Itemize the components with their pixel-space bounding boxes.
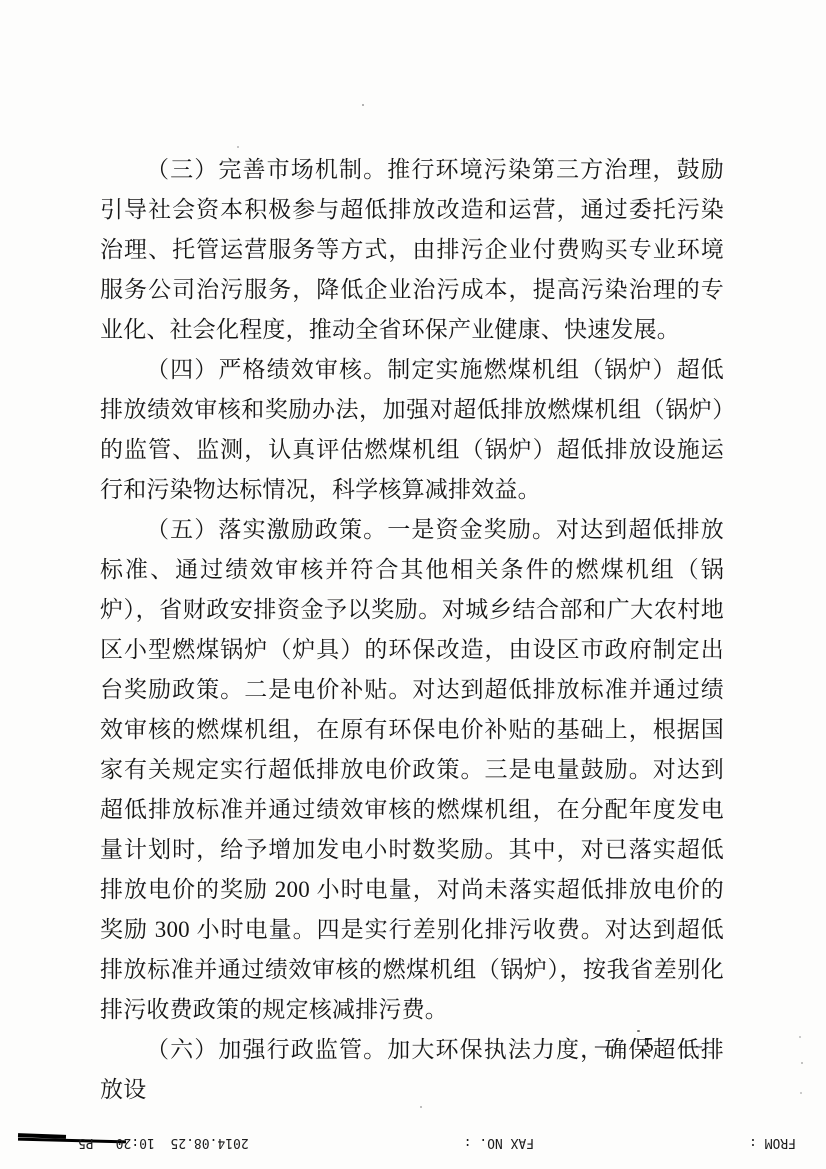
fax-page-code: P5: [78, 1136, 94, 1151]
document-body: （三）完善市场机制。推行环境污染第三方治理，鼓励引导社会资本积极参与超低排放改造…: [100, 150, 724, 1110]
fax-timestamp: 2014.08.25 10:20: [116, 1136, 249, 1151]
scan-speck: [637, 1030, 640, 1032]
scan-speck: [799, 1036, 801, 1038]
scan-speck: [800, 1092, 802, 1094]
scan-speck: [362, 104, 364, 106]
paragraph-section-3: （三）完善市场机制。推行环境污染第三方治理，鼓励引导社会资本积极参与超低排放改造…: [100, 150, 724, 350]
paragraph-section-5: （五）落实激励政策。一是资金奖励。对达到超低排放标准、通过绩效审核并符合其他相关…: [100, 510, 724, 1030]
scan-speck: [801, 1062, 803, 1064]
fax-number-label: FAX NO. :: [464, 1136, 534, 1151]
fax-header-upside-down: FROM : FAX NO. : 2014.08.25 10:20 P5: [0, 1130, 826, 1156]
scan-speck: [237, 146, 239, 148]
paragraph-section-4: （四）严格绩效审核。制定实施燃煤机组（锅炉）超低排放绩效审核和奖励办法，加强对超…: [100, 350, 724, 510]
fax-timestamp-group: 2014.08.25 10:20 P5: [78, 1136, 249, 1151]
page-number: — 5 —: [595, 1033, 706, 1058]
scan-speck: [420, 1106, 422, 1108]
scanned-fax-document-page: （三）完善市场机制。推行环境污染第三方治理，鼓励引导社会资本积极参与超低排放改造…: [0, 0, 826, 1169]
fax-from-label: FROM :: [749, 1136, 796, 1151]
